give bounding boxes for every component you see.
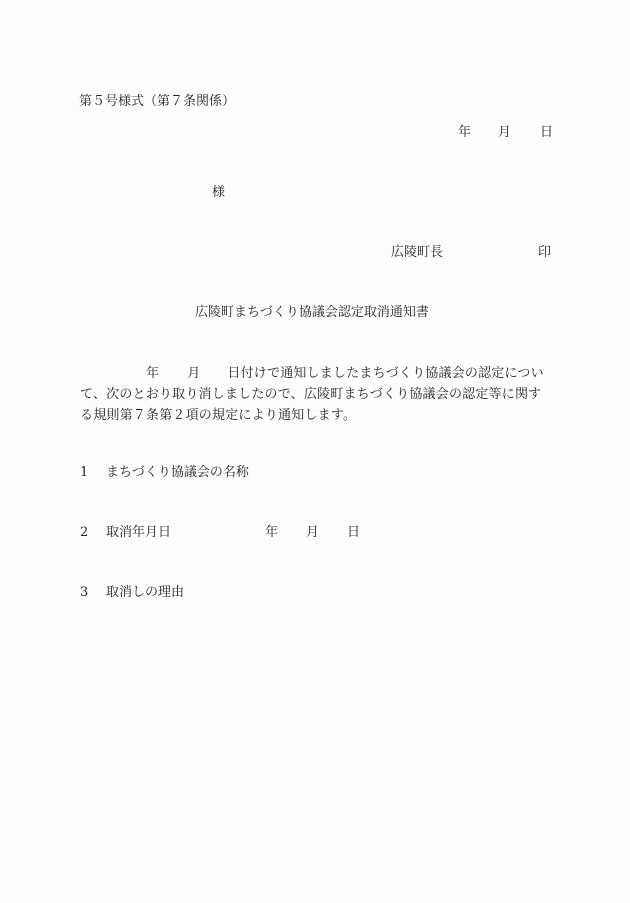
date-year-label: 年 (458, 125, 471, 141)
body-paragraph: 年月日付けで通知しましたまちづくり協議会の認定につい て、次のとおり取り消しまし… (80, 363, 552, 426)
item-3: 3取消しの理由 (80, 585, 184, 601)
addressee-suffix: 様 (212, 185, 225, 201)
form-number-label: 第５号様式（第７条関係） (79, 94, 235, 110)
issuer-title: 広陵町長 (391, 245, 443, 261)
body-line-1-text: 日付けで通知しましたまちづくり協議会の認定につい (227, 366, 543, 381)
item-2-number: 2 (80, 525, 106, 541)
item-2-year-label: 年 (265, 525, 278, 541)
item-3-label: 取消しの理由 (106, 585, 184, 600)
body-line-3: る規則第７条第２項の規定により通知します。 (80, 405, 552, 426)
item-2: 2取消年月日 (80, 525, 171, 541)
item-1-label: まちづくり協議会の名称 (106, 465, 249, 480)
seal-mark: 印 (538, 245, 551, 261)
item-1: 1まちづくり協議会の名称 (80, 465, 249, 481)
item-3-number: 3 (80, 585, 106, 601)
item-1-number: 1 (80, 465, 106, 481)
body-year-label: 年 (146, 366, 159, 381)
date-month-label: 月 (498, 125, 511, 141)
item-2-month-label: 月 (306, 525, 319, 541)
item-2-day-label: 日 (347, 525, 360, 541)
body-month-label: 月 (187, 366, 200, 381)
date-day-label: 日 (540, 125, 553, 141)
body-line-1: 年月日付けで通知しましたまちづくり協議会の認定につい (80, 363, 552, 384)
body-line-2: て、次のとおり取り消しましたので、広陵町まちづくり協議会の認定等に関す (80, 384, 552, 405)
item-2-label: 取消年月日 (106, 525, 171, 540)
document-title: 広陵町まちづくり協議会認定取消通知書 (195, 305, 429, 321)
